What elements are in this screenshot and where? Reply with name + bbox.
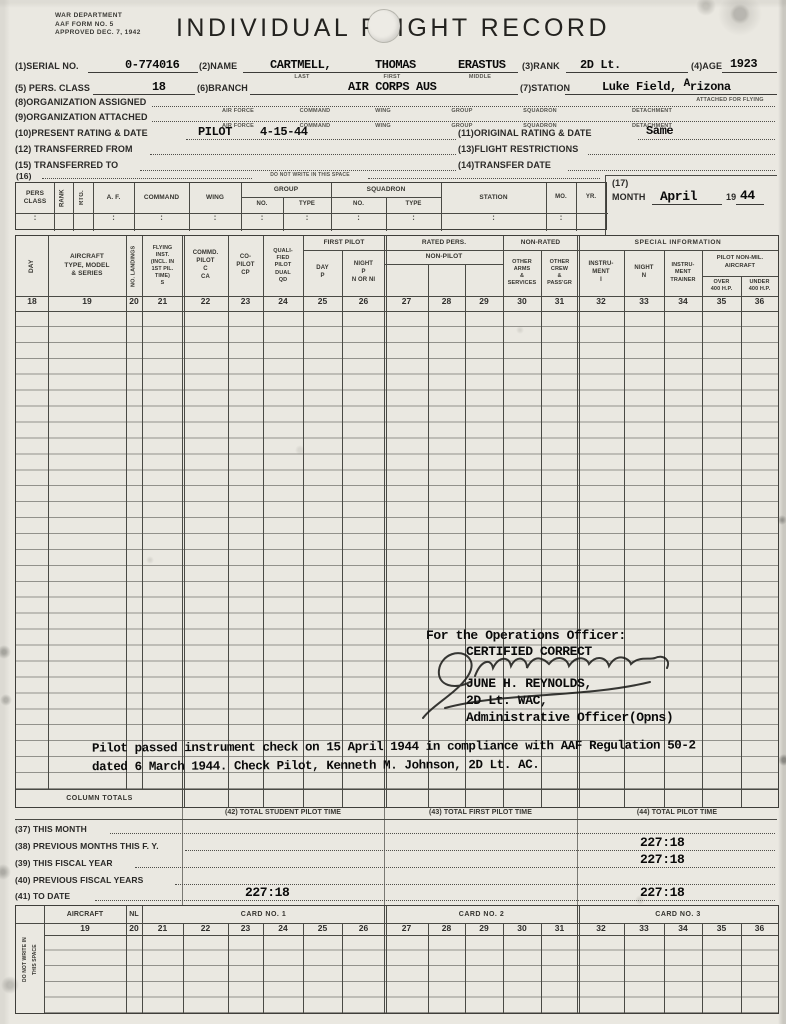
- col-instrument-trainer-header: INSTRU- MENT TRAINER: [664, 250, 702, 296]
- card2-header: CARD NO. 2: [385, 906, 578, 923]
- branch-label: (6)BRANCH: [197, 83, 248, 93]
- col-day-p-header: DAY P: [303, 250, 342, 296]
- card-column-number: 19: [44, 923, 126, 935]
- box16-station-header: STATION: [441, 183, 546, 213]
- card-grid-vline: [624, 923, 625, 1013]
- this-fiscal-year-label: (39) THIS FISCAL YEAR: [15, 858, 113, 868]
- totals-rows: (37) THIS MONTH (38) PREVIOUS MONTHS THI…: [0, 820, 786, 905]
- column-number: 24: [263, 296, 303, 311]
- box16-banner: DO NOT WRITE IN THIS SPACE: [255, 172, 365, 178]
- rank-value: 2D Lt.: [580, 58, 621, 72]
- box16-rtg-header: RTG.: [73, 184, 93, 212]
- name-label: (2)NAME: [199, 61, 237, 71]
- org-attached-label: (9)ORGANIZATION ATTACHED: [15, 112, 148, 122]
- note-line2: dated 6 March 1944. Check Pilot, Kenneth…: [92, 758, 539, 774]
- grid-vline: [702, 250, 703, 807]
- colon-mark: :: [386, 214, 441, 231]
- card-column-number: 32: [578, 923, 624, 935]
- to-date-label: (41) TO DATE: [15, 891, 70, 901]
- grid-vline: [126, 236, 127, 789]
- column-number: 21: [142, 296, 183, 311]
- column-number: 29: [465, 296, 503, 311]
- col-night-p-header: NIGHT P N OR NI: [342, 250, 385, 296]
- age-label: (4)AGE: [691, 61, 722, 71]
- column-number: 22: [183, 296, 228, 311]
- name-first: THOMAS: [375, 58, 416, 72]
- col-other-arms-header: OTHER ARMS & SERVICES: [503, 250, 541, 296]
- column-number: 34: [664, 296, 702, 311]
- card-aircraft-header: AIRCRAFT: [44, 906, 126, 923]
- cert-title: Administrative Officer(Opns): [466, 710, 673, 725]
- total-student-pilot-header: (42) TOTAL STUDENT PILOT TIME: [182, 807, 384, 819]
- column-number: 25: [303, 296, 342, 311]
- box16-pers-class-header: PERS CLASS: [16, 183, 54, 213]
- punch-hole: [368, 10, 400, 42]
- original-rating-label: (11)ORIGINAL RATING & DATE: [458, 128, 592, 138]
- col-day-header: DAY: [16, 236, 48, 296]
- box16-vline: [73, 183, 74, 231]
- box16-vline: [576, 183, 577, 231]
- month-label: MONTH: [612, 192, 646, 202]
- card-column-number: 22: [183, 923, 228, 935]
- cert-name: JUNE H. REYNOLDS,: [466, 676, 592, 691]
- branch-value: AIR CORPS AUS: [348, 80, 436, 94]
- cert-rank: 2D Lt. WAC,: [466, 693, 547, 708]
- card-column-number: 29: [465, 923, 503, 935]
- card-no-write-label: DO NOT WRITE IN THIS SPACE: [16, 910, 44, 1009]
- cert-certified-line: CERTIFIED CORRECT: [466, 644, 592, 659]
- card-grid-vline: [702, 923, 703, 1013]
- grid-vline: [142, 236, 143, 789]
- col-flying-inst-header: FLYING INST. (INCL. IN 1ST PIL. TIME) S: [142, 236, 183, 296]
- band-non-rated: NON-RATED: [503, 236, 578, 250]
- column-number: 26: [342, 296, 385, 311]
- card-column-number: 30: [503, 923, 541, 935]
- colon-mark: :: [241, 214, 283, 231]
- previous-months-total-value: 227:18: [640, 835, 684, 850]
- box16-index: (16): [16, 171, 32, 181]
- column-number: 28: [428, 296, 465, 311]
- band-rated-pers: RATED PERS.: [385, 236, 503, 250]
- card-grid-rows: [44, 935, 778, 1013]
- column-number: 18: [16, 296, 48, 311]
- year-prefix: 19: [726, 192, 736, 202]
- card-nl-header: NL: [126, 906, 142, 923]
- colon-mark: :: [16, 214, 54, 231]
- card-grid-vline: [228, 923, 229, 1013]
- total-pilot-header: (44) TOTAL PILOT TIME: [577, 807, 777, 819]
- card-grid-vline: [303, 923, 304, 1013]
- box16-command-header: COMMAND: [134, 183, 189, 213]
- present-rating-date: 4-15-44: [260, 125, 308, 139]
- col-night-n-header: NIGHT N: [624, 250, 664, 296]
- box16-group-type-header: TYPE: [283, 197, 331, 213]
- serial-value: 0-774016: [125, 58, 179, 72]
- previous-fiscal-years-label: (40) PREVIOUS FISCAL YEARS: [15, 875, 143, 885]
- card-grid-vline: [465, 923, 466, 1013]
- box16-mo-header: MO.: [546, 183, 576, 213]
- card-grid-vline: [263, 923, 264, 1013]
- col-commd-pilot-header: COMMD. PILOT C CA: [183, 236, 228, 296]
- column-number: 31: [541, 296, 578, 311]
- colon-mark: :: [189, 214, 241, 231]
- col-under-400-header: UNDER 400 H.P.: [741, 276, 778, 296]
- column-number: 35: [702, 296, 741, 311]
- card-column-number: 31: [541, 923, 578, 935]
- card-column-number: 36: [741, 923, 778, 935]
- band-special-information: SPECIAL INFORMATION: [578, 236, 778, 250]
- colon-mark: :: [283, 214, 331, 231]
- grid-vline: [465, 264, 466, 807]
- grid-vline: [303, 236, 304, 807]
- column-number: 30: [503, 296, 541, 311]
- grid-vline: [48, 236, 49, 789]
- flight-record-page: WAR DEPARTMENT AAF FORM NO. 5 APPROVED D…: [0, 0, 786, 1024]
- grid-vline: [342, 250, 343, 807]
- col-qualified-header: QUALI- FIED PILOT DUAL QD: [263, 236, 303, 296]
- band-pilot-non-mil: PILOT NON-MIL. AIRCRAFT: [702, 250, 778, 276]
- card-grid-vline: [428, 923, 429, 1013]
- pers-class-value: 18: [152, 80, 166, 94]
- flight-restrictions-label: (13)FLIGHT RESTRICTIONS: [458, 144, 578, 154]
- total-first-pilot-header: (43) TOTAL FIRST PILOT TIME: [384, 807, 577, 819]
- totals-vline-42: [182, 806, 183, 905]
- card-column-number: 33: [624, 923, 664, 935]
- column-number: 20: [126, 296, 142, 311]
- column-number: 19: [48, 296, 126, 311]
- card1-header: CARD NO. 1: [142, 906, 385, 923]
- original-rating-value: Same: [646, 124, 673, 138]
- card-summary-table: DO NOT WRITE IN THIS SPACE AIRCRAFT NL C…: [15, 905, 779, 1014]
- column-number: 27: [385, 296, 428, 311]
- to-date-total-value: 227:18: [640, 885, 684, 900]
- card-column-number: 27: [385, 923, 428, 935]
- card-column-number: 26: [342, 923, 385, 935]
- band-first-pilot: FIRST PILOT: [303, 236, 385, 250]
- transfer-date-label: (14)TRANSFER DATE: [458, 160, 551, 170]
- card-column-number: 34: [664, 923, 702, 935]
- transferred-to-label: (15) TRANSFERRED TO: [15, 160, 118, 170]
- pers-class-label: (5) PERS. CLASS: [15, 83, 90, 93]
- card-grid-vline: [541, 923, 542, 1013]
- card-column-number: 35: [702, 923, 741, 935]
- colon-mark: :: [546, 214, 576, 231]
- card-grid-vline: [503, 923, 504, 1013]
- present-rating-value: PILOT: [198, 125, 232, 139]
- grid-vline-double: [182, 236, 185, 807]
- box16-subline: [241, 197, 441, 198]
- station-part2: rizona: [690, 80, 731, 94]
- card-column-number: 28: [428, 923, 465, 935]
- totals-vline-43: [384, 806, 385, 905]
- grid-vline: [228, 236, 229, 807]
- box17-index: (17): [612, 178, 628, 188]
- box16-af-header: A. F.: [93, 183, 134, 213]
- colon-mark: :: [93, 214, 134, 231]
- box16-squadron-header: SQUADRON: [331, 183, 441, 197]
- box16-vline: [54, 183, 55, 231]
- card-column-number: 23: [228, 923, 263, 935]
- colon-mark: :: [331, 214, 386, 231]
- name-last: CARTMELL,: [270, 58, 331, 72]
- grid-vline: [741, 276, 742, 807]
- col-landings-header: NO. LANDINGS: [126, 238, 142, 294]
- grid-vline: [263, 236, 264, 807]
- col-other-crew-header: OTHER CREW & PASS'GR: [541, 250, 578, 296]
- station-value: Luke Field, Arizona: [602, 80, 731, 94]
- box16-group-no-header: NO.: [241, 197, 283, 213]
- transferred-from-label: (12) TRANSFERRED FROM: [15, 144, 133, 154]
- serial-label: (1)SERIAL NO.: [15, 61, 79, 71]
- box16-wing-header: WING: [189, 183, 241, 213]
- column-number: 36: [741, 296, 778, 311]
- col-aircraft-header: AIRCRAFT TYPE, MODEL & SERIES: [48, 236, 126, 296]
- card-column-number: 20: [126, 923, 142, 935]
- box16-rank-header: RANK: [54, 184, 73, 212]
- card-grid-vline: [741, 923, 742, 1013]
- name-middle: ERASTUS: [458, 58, 506, 72]
- to-date-student-value: 227:18: [245, 885, 289, 900]
- column-number: 23: [228, 296, 263, 311]
- box16-yr-header: YR.: [576, 183, 606, 213]
- previous-months-label: (38) PREVIOUS MONTHS THIS F. Y.: [15, 841, 159, 851]
- col-co-pilot-header: CO- PILOT CP: [228, 236, 263, 296]
- col-over-400-header: OVER 400 H.P.: [702, 276, 741, 296]
- org-summary-table: PERS CLASS RANK RTG. A. F. COMMAND WING …: [15, 182, 607, 230]
- cert-for-line: For the Operations Officer:: [426, 628, 626, 643]
- grid-vline: [428, 264, 429, 807]
- box16-squadron-no-header: NO.: [331, 197, 386, 213]
- card-column-number: 25: [303, 923, 342, 935]
- totals-vline-44: [577, 806, 578, 905]
- rank-label: (3)RANK: [522, 61, 560, 71]
- card-grid-vline: [664, 923, 665, 1013]
- box16-group-header: GROUP: [241, 183, 331, 197]
- grid-vline-double: [384, 236, 387, 807]
- card-grid-vline: [342, 923, 343, 1013]
- station-part1: Luke Field,: [602, 80, 677, 94]
- column-number: 33: [624, 296, 664, 311]
- age-value: 1923: [730, 57, 757, 71]
- colon-mark: :: [134, 214, 189, 231]
- this-fiscal-year-total-value: 227:18: [640, 852, 684, 867]
- present-rating-label: (10)PRESENT RATING & DATE: [15, 128, 148, 138]
- card-grid-vline: [183, 923, 184, 1013]
- colon-mark: :: [441, 214, 546, 231]
- totals-header-row: (42) TOTAL STUDENT PILOT TIME (43) TOTAL…: [15, 806, 777, 820]
- band-non-pilot: NON-PILOT: [385, 250, 503, 264]
- card3-header: CARD NO. 3: [578, 906, 778, 923]
- card-column-number: 21: [142, 923, 183, 935]
- this-month-label: (37) THIS MONTH: [15, 824, 87, 834]
- card-column-number: 24: [263, 923, 303, 935]
- box16-squadron-type-header: TYPE: [386, 197, 441, 213]
- column-number: 32: [578, 296, 624, 311]
- col-instrument-header: INSTRU- MENT I: [578, 250, 624, 296]
- org-assigned-label: (8)ORGANIZATION ASSIGNED: [15, 97, 146, 107]
- station-caret-letter: A: [684, 78, 690, 90]
- station-label: (7)STATION: [520, 83, 570, 93]
